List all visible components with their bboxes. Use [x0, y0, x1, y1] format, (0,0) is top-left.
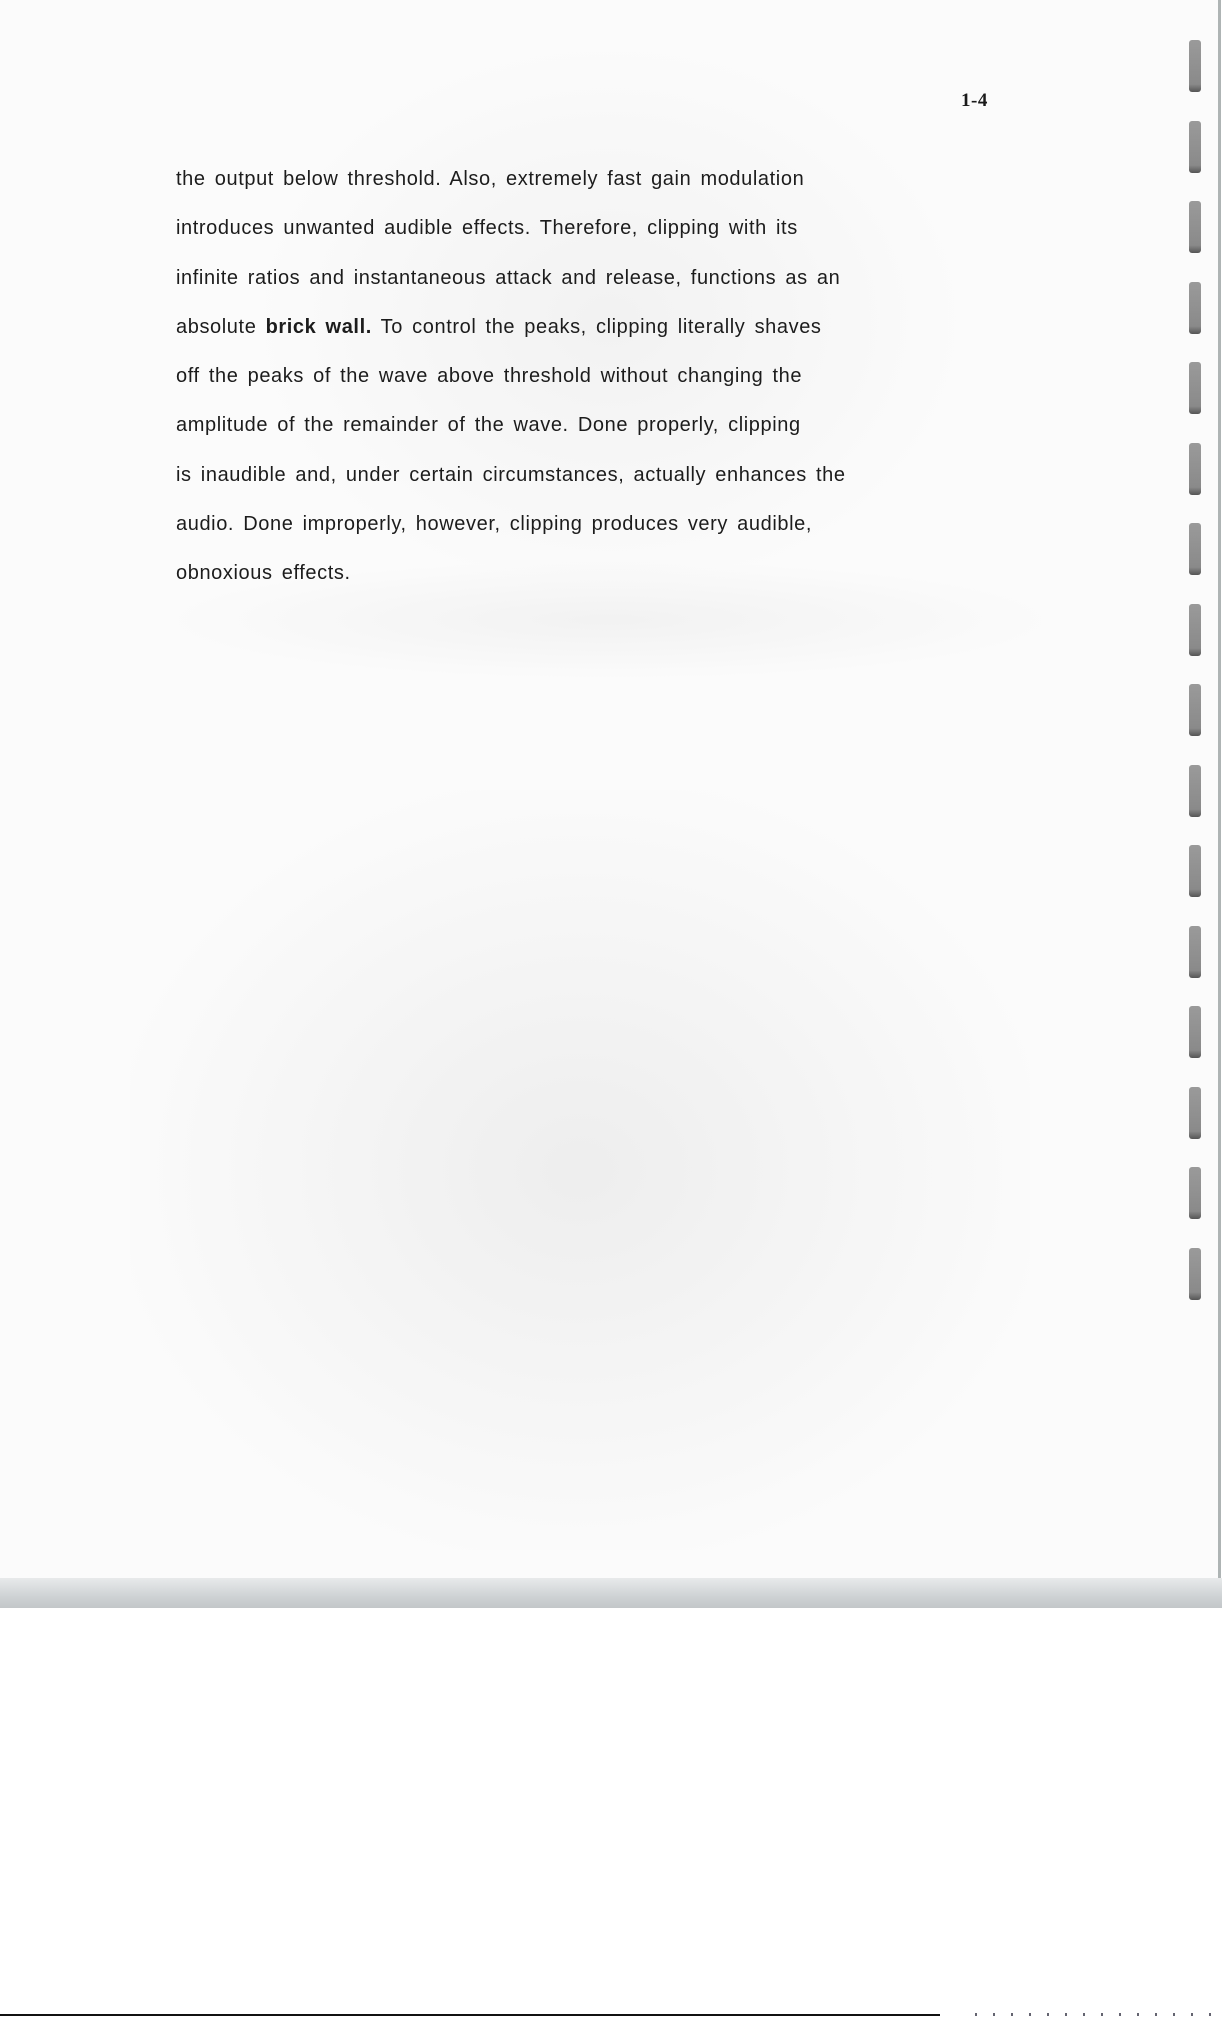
bleed-through-shadow — [130, 790, 1030, 1550]
binder-tab — [1189, 684, 1201, 736]
page-edge — [1218, 0, 1221, 1590]
scan-bottom-rule — [0, 2014, 940, 2016]
paragraph-line: the output below threshold. Also, extrem… — [176, 155, 1036, 204]
line-text: To control the peaks, clipping literally… — [372, 316, 822, 338]
binder-tab — [1189, 1167, 1201, 1219]
paragraph-line: off the peaks of the wave above threshol… — [176, 352, 1036, 401]
bold-term-brick-wall: brick wall. — [266, 316, 372, 338]
paragraph-line: infinite ratios and instantaneous attack… — [176, 254, 1036, 303]
binder-tab — [1189, 523, 1201, 575]
binder-tab — [1189, 1006, 1201, 1058]
paragraph-line: audio. Done improperly, however, clippin… — [176, 500, 1036, 549]
binder-tab — [1189, 443, 1201, 495]
binder-tab — [1189, 40, 1201, 92]
page-bottom-shadow — [0, 1578, 1222, 1608]
line-text: absolute — [176, 316, 266, 338]
body-paragraph: the output below threshold. Also, extrem… — [176, 155, 1036, 599]
binder-tab — [1189, 1087, 1201, 1139]
scan-bottom-marks — [975, 2013, 1215, 2016]
binder-index-tabs — [1189, 40, 1203, 1328]
binder-tab — [1189, 765, 1201, 817]
binder-tab — [1189, 1248, 1201, 1300]
paragraph-line: amplitude of the remainder of the wave. … — [176, 401, 1036, 450]
paragraph-line: is inaudible and, under certain circumst… — [176, 451, 1036, 500]
paragraph-line: absolute brick wall. To control the peak… — [176, 303, 1036, 352]
binder-tab — [1189, 362, 1201, 414]
binder-tab — [1189, 926, 1201, 978]
paragraph-line: introduces unwanted audible effects. The… — [176, 204, 1036, 253]
scanned-page: 1-4 the output below threshold. Also, ex… — [0, 0, 1220, 1585]
page-number: 1-4 — [961, 90, 988, 112]
binder-tab — [1189, 282, 1201, 334]
binder-tab — [1189, 604, 1201, 656]
paragraph-line: obnoxious effects. — [176, 549, 1036, 598]
binder-tab — [1189, 121, 1201, 173]
binder-tab — [1189, 845, 1201, 897]
binder-tab — [1189, 201, 1201, 253]
